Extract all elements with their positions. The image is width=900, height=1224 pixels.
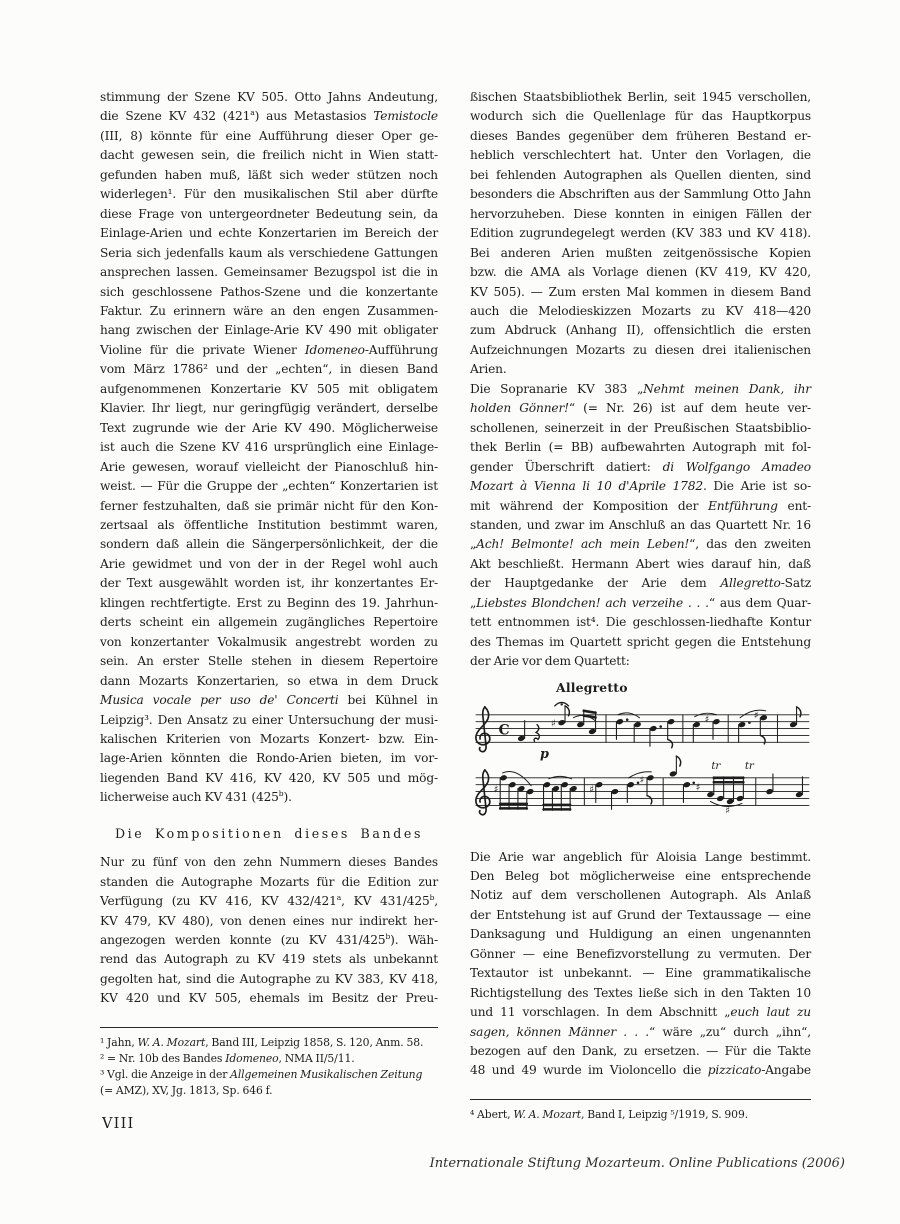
footnotes-right: ⁴ Abert, W. A. Mozart, Band I, Leipzig ⁵… bbox=[470, 1107, 811, 1123]
text-line: KV 505). — Zum ersten Mal kommen in dies… bbox=[470, 283, 811, 302]
text-line: ² = Nr. 10b des Bandes Idomeneo, NMA II/… bbox=[100, 1051, 438, 1067]
text-line: rend das Autograph zu KV 419 stets als u… bbox=[100, 950, 438, 969]
left-paragraph-2: Nur zu fünf von den zehn Nummern dieses … bbox=[100, 853, 438, 1009]
text-line: Edition zugrundegelegt werden (KV 383 un… bbox=[470, 224, 811, 243]
text-line: bezogen auf den Dank, zu ersetzen. — Für… bbox=[470, 1042, 811, 1061]
left-paragraph-1: stimmung der Szene KV 505. Otto Jahns An… bbox=[100, 88, 438, 808]
text-line: lage-Arien könnten die Rondo-Arien biete… bbox=[100, 749, 438, 768]
text-line: hang zwischen der Einlage-Arie KV 490 mi… bbox=[100, 321, 438, 340]
text-line: Bei anderen Arien mußten zeitgenössische… bbox=[470, 244, 811, 263]
text-line: von konzertanter Vokalmusik angestrebt w… bbox=[100, 633, 438, 652]
dynamic-marking: p bbox=[540, 747, 549, 762]
text-line: dieses Bandes gegenüber dem früheren Bes… bbox=[470, 127, 811, 146]
sharp-icon: ♯ bbox=[705, 715, 710, 726]
text-line: sagen, können Männer . . .“ wäre „zu“ du… bbox=[470, 1023, 811, 1042]
text-line: zertsaal als öffentliche Institution bes… bbox=[100, 516, 438, 535]
text-line: Richtigstellung des Textes ließe sich in… bbox=[470, 984, 811, 1003]
text-line: Einlage-Arien und echte Konzertarien im … bbox=[100, 224, 438, 243]
text-line: ³ Vgl. die Anzeige in der Allgemeinen Mu… bbox=[100, 1067, 438, 1083]
text-line: ansprechen lassen. Gemeinsamer Bezugspol… bbox=[100, 263, 438, 282]
right-paragraph-3: Die Arie war angeblich für Aloisia Lange… bbox=[470, 848, 811, 1081]
text-line: tett entnommen ist⁴. Die geschlossen-lie… bbox=[470, 613, 811, 632]
text-line: Arien. bbox=[470, 360, 811, 379]
text-line: Arie gewidmet und von der in der Regel w… bbox=[100, 555, 438, 574]
text-line: thek Berlin (= BB) aufbewahrten Autograp… bbox=[470, 438, 811, 457]
text-line: bzw. die AMA als Vorlage dienen (KV 419,… bbox=[470, 263, 811, 282]
scanned-document-page: { "page": { "background": "#fcfcfa", "in… bbox=[0, 0, 900, 1224]
text-line: und 11 vorschlagen. In dem Abschnitt „eu… bbox=[470, 1003, 811, 1022]
staff-2-notes: ♯ ♯ ♯ bbox=[494, 756, 804, 816]
text-line: mit während der Komposition der Entführu… bbox=[470, 497, 811, 516]
sharp-icon: ♯ bbox=[494, 785, 499, 796]
text-line: Leipzig³. Den Ansatz zu einer Untersuchu… bbox=[100, 711, 438, 730]
footnote-rule-left bbox=[100, 1027, 438, 1028]
text-line: stimmung der Szene KV 505. Otto Jahns An… bbox=[100, 88, 438, 107]
text-line: Die Sopranarie KV 383 „Nehmt meinen Dank… bbox=[470, 380, 811, 399]
text-line: Danksagung und Huldigung an einen ungena… bbox=[470, 925, 811, 944]
sharp-icon: ♯ bbox=[589, 785, 594, 796]
text-line: dacht gewesen sein, die freilich nicht i… bbox=[100, 146, 438, 165]
text-line: der Entstehung ist auf Grund der Textaus… bbox=[470, 906, 811, 925]
text-line: schollenen, seinerzeit in der Preußische… bbox=[470, 419, 811, 438]
text-line: liegenden Band KV 416, KV 420, KV 505 un… bbox=[100, 769, 438, 788]
text-line: hervorzuheben. Diese konnten in einigen … bbox=[470, 205, 811, 224]
text-line: vom März 1786² und der „echten“, in dies… bbox=[100, 360, 438, 379]
footnotes-left: ¹ Jahn, W. A. Mozart, Band III, Leipzig … bbox=[100, 1035, 438, 1100]
right-column: ßischen Staatsbibliothek Berlin, seit 19… bbox=[470, 88, 811, 1123]
text-line: heblich verschlechtert hat. Unter den Vo… bbox=[470, 146, 811, 165]
sharp-icon: ♯ bbox=[696, 783, 701, 794]
text-line: „Liebstes Blondchen! ach verzeihe . . .“… bbox=[470, 594, 811, 613]
text-line: Verfügung (zu KV 416, KV 432/421a, KV 43… bbox=[100, 892, 438, 911]
text-line: Text zugrunde wie der Arie KV 490. Mögli… bbox=[100, 419, 438, 438]
staff-1-notes: C ♯ ♯ bbox=[499, 702, 801, 762]
text-line: standen die Autographe Mozarts für die E… bbox=[100, 873, 438, 892]
text-line: zum Abdruck (Anhang II), offensichtlich … bbox=[470, 321, 811, 340]
footnote-rule-right bbox=[470, 1099, 811, 1100]
staff-lines bbox=[476, 715, 809, 806]
text-line: besonders die Abschriften aus der Sammlu… bbox=[470, 185, 811, 204]
tempo-marking: Allegretto bbox=[556, 678, 811, 697]
text-line: Faktur. Zu erinnern wäre an den engen Zu… bbox=[100, 302, 438, 321]
music-example: Allegretto C ♯ bbox=[470, 678, 811, 840]
text-line: ferner festzuhalten, daß sie primär nich… bbox=[100, 497, 438, 516]
text-line: Arie gewesen, worauf vielleicht der Pian… bbox=[100, 458, 438, 477]
text-line: (= AMZ), XV, Jg. 1813, Sp. 646 f. bbox=[100, 1083, 438, 1099]
text-line: Mozart à Vienna li 10 d'Aprile 1782. Die… bbox=[470, 477, 811, 496]
text-line: der Arie vor dem Quartett: bbox=[470, 652, 811, 671]
text-line: weist. — Für die Gruppe der „echten“ Kon… bbox=[100, 477, 438, 496]
text-line: Akt beschließt. Hermann Abert wies darau… bbox=[470, 555, 811, 574]
text-line: 48 und 49 wurde im Violoncello die pizzi… bbox=[470, 1061, 811, 1080]
text-line: ¹ Jahn, W. A. Mozart, Band III, Leipzig … bbox=[100, 1035, 438, 1051]
text-line: sein. An erster Stelle stehen in diesem … bbox=[100, 652, 438, 671]
treble-clef-icon bbox=[476, 770, 490, 815]
text-line: Die Arie war angeblich für Aloisia Lange… bbox=[470, 848, 811, 867]
music-notation: C ♯ ♯ bbox=[470, 699, 811, 833]
text-line: die Szene KV 432 (421a) aus Metastasios … bbox=[100, 107, 438, 126]
text-line: „Ach! Belmonte! ach mein Leben!“, das de… bbox=[470, 535, 811, 554]
quarter-rest-icon bbox=[534, 725, 539, 742]
text-line: gefunden haben muß, läßt sich weder stüt… bbox=[100, 166, 438, 185]
text-line: widerlegen¹. Für den musikalischen Stil … bbox=[100, 185, 438, 204]
text-line: dann Mozarts Konzertarien, so etwa in de… bbox=[100, 672, 438, 691]
text-line: auch die Melodieskizzen Mozarts zu KV 41… bbox=[470, 302, 811, 321]
text-line: derts scheint ein allgemein zugängliches… bbox=[100, 613, 438, 632]
trill-marking: tr bbox=[711, 760, 721, 772]
publication-footer: Internationale Stiftung Mozarteum. Onlin… bbox=[430, 1156, 845, 1171]
text-line: Aufzeichnungen Mozarts zu diesen drei it… bbox=[470, 341, 811, 360]
left-column: stimmung der Szene KV 505. Otto Jahns An… bbox=[100, 88, 438, 1100]
text-line: sondern daß allein die Sängerpersönlichk… bbox=[100, 535, 438, 554]
trill-marking: tr bbox=[745, 760, 755, 772]
text-line: des Themas im Quartett spricht gegen die… bbox=[470, 633, 811, 652]
text-line: KV 420 und KV 505, ehemals im Besitz der… bbox=[100, 989, 438, 1008]
text-line: aufgenommenen Konzertarie KV 505 mit obl… bbox=[100, 380, 438, 399]
slur bbox=[618, 713, 640, 718]
section-heading: Die Kompositionen dieses Bandes bbox=[100, 824, 438, 843]
sharp-icon: ♯ bbox=[754, 711, 759, 722]
text-line: KV 479, KV 480), von denen eines nur ind… bbox=[100, 912, 438, 931]
sharp-icon: ♯ bbox=[640, 775, 645, 786]
text-line: licherweise auch KV 431 (425b). bbox=[100, 788, 438, 807]
text-line: Violine für die private Wiener Idomeneo-… bbox=[100, 341, 438, 360]
text-line: Musica vocale per uso de' Concerti bei K… bbox=[100, 691, 438, 710]
text-line: der Hauptgedanke der Arie dem Allegretto… bbox=[470, 574, 811, 593]
text-line: wodurch sich die Quellenlage für das Hau… bbox=[470, 107, 811, 126]
text-line: (III, 8) könnte für eine Aufführung dies… bbox=[100, 127, 438, 146]
text-line: standen, und zwar im Anschluß an das Qua… bbox=[470, 516, 811, 535]
text-line: ßischen Staatsbibliothek Berlin, seit 19… bbox=[470, 88, 811, 107]
common-time-icon: C bbox=[499, 723, 510, 739]
text-line: Den Beleg bot möglicherweise eine entspr… bbox=[470, 867, 811, 886]
text-line: Klavier. Ihr liegt, nur geringfügig verä… bbox=[100, 399, 438, 418]
sharp-icon: ♯ bbox=[551, 719, 556, 730]
text-line: Nur zu fünf von den zehn Nummern dieses … bbox=[100, 853, 438, 872]
text-line: angezogen werden konnte (zu KV 431/425b)… bbox=[100, 931, 438, 950]
right-paragraph-1: ßischen Staatsbibliothek Berlin, seit 19… bbox=[470, 88, 811, 380]
text-line: kalischen Kriterien von Mozarts Konzert-… bbox=[100, 730, 438, 749]
text-line: der Text ausgewählt worden ist, ihr konz… bbox=[100, 574, 438, 593]
page-number: VIII bbox=[102, 1116, 134, 1132]
text-line: gender Überschrift datiert: di Wolfgango… bbox=[470, 458, 811, 477]
text-line: bei fehlenden Autographen als Quellen di… bbox=[470, 166, 811, 185]
text-line: ⁴ Abert, W. A. Mozart, Band I, Leipzig ⁵… bbox=[470, 1107, 811, 1123]
treble-clef-icon bbox=[476, 707, 490, 752]
slur bbox=[503, 772, 532, 786]
text-line: klingen rechtfertigte. Erst zu Beginn de… bbox=[100, 594, 438, 613]
text-line: Seria sich jedenfalls kaum als verschied… bbox=[100, 244, 438, 263]
text-line: Textautor ist unbekannt. — Eine grammati… bbox=[470, 964, 811, 983]
text-line: Notiz auf dem verschollenen Autograph. A… bbox=[470, 886, 811, 905]
text-line: Gönner — eine Benefizvorstellung zu verm… bbox=[470, 945, 811, 964]
text-line: diese Frage von untergeordneter Bedeutun… bbox=[100, 205, 438, 224]
right-paragraph-2: Die Sopranarie KV 383 „Nehmt meinen Dank… bbox=[470, 380, 811, 672]
text-line: sich geschlossene Pathos-Szene und die k… bbox=[100, 283, 438, 302]
text-line: holden Gönner!“ (= Nr. 26) ist auf dem h… bbox=[470, 399, 811, 418]
text-line: gegolten hat, sind die Autographe zu KV … bbox=[100, 970, 438, 989]
text-line: ist auch die Szene KV 416 ursprünglich e… bbox=[100, 438, 438, 457]
